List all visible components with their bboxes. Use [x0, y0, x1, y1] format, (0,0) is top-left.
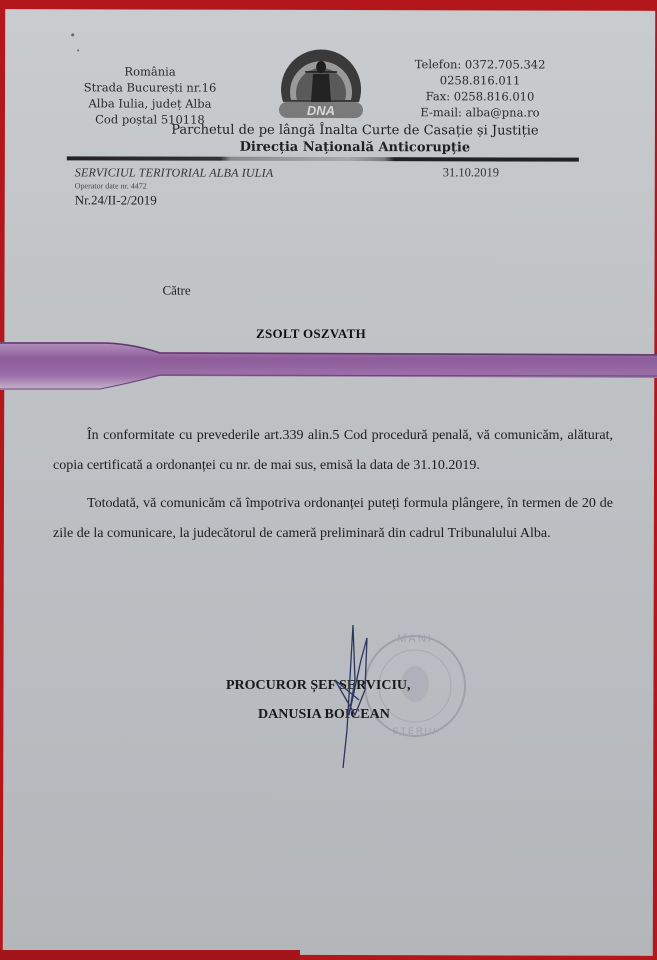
phone-line: 0258.816.011: [410, 72, 550, 88]
speck: [71, 33, 74, 36]
header-divider: [67, 156, 579, 161]
email-line: E-mail: alba@pna.ro: [410, 104, 550, 120]
salutation: Către: [162, 283, 190, 299]
address-line: Strada București nr.16: [75, 79, 225, 95]
handwritten-signature-icon: [325, 620, 385, 770]
address-line: Alba Iulia, județ Alba: [75, 95, 225, 111]
address-block: România Strada București nr.16 Alba Iuli…: [75, 63, 225, 127]
recipient-name: ZSOLT OSZVATH: [256, 326, 366, 342]
fax-line: Fax: 0258.816.010: [410, 88, 550, 104]
operator-number: Operator date nr. 4472: [75, 181, 147, 190]
institution-parent: Parchetul de pe lângă Înalta Curte de Ca…: [155, 122, 555, 140]
address-line: România: [75, 63, 225, 79]
paper-fold-crease: [0, 338, 657, 400]
body-paragraph: În conformitate cu prevederile art.339 a…: [53, 421, 613, 481]
svg-text:MANI: MANI: [397, 633, 433, 645]
speck: [77, 49, 79, 51]
background-red-surface: [0, 950, 300, 960]
dna-emblem-icon: DNA: [273, 40, 369, 122]
registration-number: Nr.24/II-2/2019: [75, 192, 157, 208]
svg-text:STERIU: STERIU: [392, 726, 437, 736]
contact-block: Telefon: 0372.705.342 0258.816.011 Fax: …: [410, 56, 550, 120]
svg-text:DNA: DNA: [307, 103, 335, 118]
service-name: SERVICIUL TERITORIAL ALBA IULIA: [75, 165, 274, 181]
institution-heading: Parchetul de pe lângă Înalta Curte de Ca…: [155, 122, 555, 157]
document-date: 31.10.2019: [443, 165, 499, 180]
institution-name: Direcția Națională Anticorupție: [155, 139, 555, 157]
letter-body: În conformitate cu prevederile art.339 a…: [53, 421, 613, 557]
body-paragraph: Totodată, vă comunicăm că împotriva ordo…: [53, 489, 613, 549]
phone-line: Telefon: 0372.705.342: [410, 56, 550, 72]
